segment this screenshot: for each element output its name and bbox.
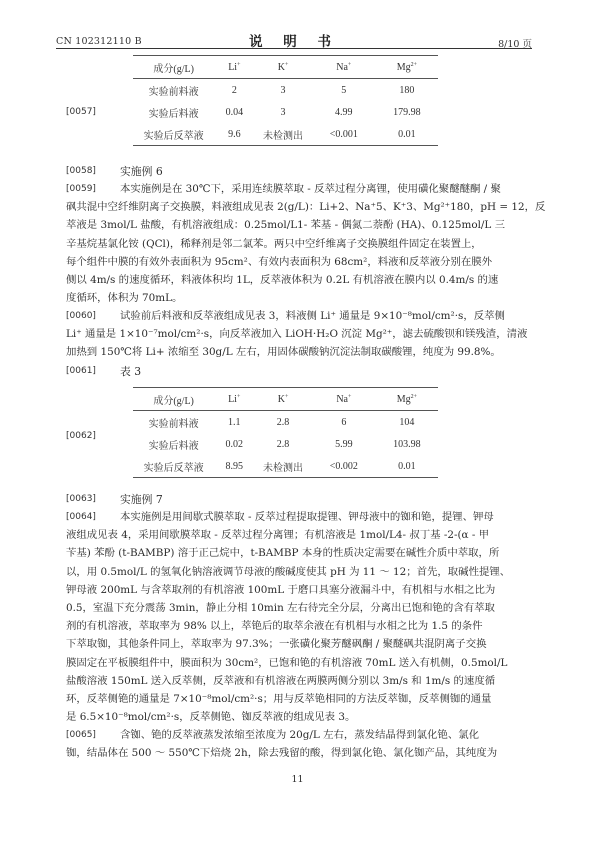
table-cell: 1.1 — [214, 411, 254, 434]
table-cell: 实验前料液 — [133, 411, 214, 434]
table-cell: 0.02 — [214, 433, 254, 455]
table-cell: 179.98 — [376, 101, 438, 123]
table-cell: 3 — [254, 101, 311, 123]
table-row: 实验前料液 2 3 5 180 — [133, 79, 438, 102]
page-number: 11 — [0, 774, 595, 785]
table-cell: 8.95 — [214, 455, 254, 478]
table-cell: 2 — [214, 79, 254, 102]
column-header: Na+ — [312, 56, 376, 79]
table-header-row: 成分(g/L) Li+ K+ Na+ Mg2+ — [133, 56, 438, 79]
table-row: 实验后反萃液 8.95 未检测出 <0.002 0.01 — [133, 455, 438, 478]
table-3-caption: 表 3 — [120, 364, 141, 379]
paragraph-number-0058: [0058] — [66, 166, 96, 176]
column-header: Mg2+ — [376, 388, 438, 411]
document-title: 说 明 书 — [56, 30, 532, 50]
column-header: Li+ — [214, 56, 254, 79]
table-cell: 实验后料液 — [133, 101, 214, 123]
table-cell: 实验前料液 — [133, 79, 214, 102]
table-cell: 6 — [312, 411, 376, 434]
table-cell: 0.01 — [376, 455, 438, 478]
table-cell: <0.001 — [312, 123, 376, 146]
header-rule — [56, 48, 532, 49]
table-cell: 实验后料液 — [133, 433, 214, 455]
table-cell: 9.6 — [214, 123, 254, 146]
paragraph-0059: 本实施例是在 30℃下，采用连续膜萃取 - 反萃过程分离锂，使用磺化聚醚醚酮 /… — [66, 180, 538, 307]
paragraph-number-0063: [0063] — [66, 494, 96, 504]
table-2-continued: 成分(g/L) Li+ K+ Na+ Mg2+ 实验前料液 2 3 5 180 … — [133, 55, 438, 146]
paragraph-0060: 试验前后料液和反萃液组成见表 3，料液侧 Li⁺ 通量是 9×10⁻⁸mol/c… — [66, 307, 538, 362]
column-header: 成分(g/L) — [133, 388, 214, 411]
example-6-heading: 实施例 6 — [120, 164, 163, 179]
table-cell: 5 — [312, 79, 376, 102]
page-header: CN 102312110 B 说 明 书 8/10 页 — [56, 30, 468, 46]
table-row: 实验后料液 0.02 2.8 5.99 103.98 — [133, 433, 438, 455]
table-cell: 180 — [376, 79, 438, 102]
table-cell: 104 — [376, 411, 438, 434]
table-cell: 0.01 — [376, 123, 438, 146]
table-cell: 5.99 — [312, 433, 376, 455]
paragraph-0064: 本实施例是用间歇式膜萃取 - 反萃过程提取提锂、钾母液中的铷和铯，提锂、钾母 液… — [66, 508, 538, 726]
table-cell: 2.8 — [254, 433, 312, 455]
table-row: 实验后反萃液 9.6 未检测出 <0.001 0.01 — [133, 123, 438, 146]
paragraph-0065: 含铷、铯的反萃液蒸发浓缩至浓度为 20g/L 左右，蒸发结晶得到氯化铯、氯化 铷… — [66, 726, 538, 762]
table-cell: 0.04 — [214, 101, 254, 123]
table-cell: 2.8 — [254, 411, 312, 434]
column-header: Mg2+ — [376, 56, 438, 79]
column-header: 成分(g/L) — [133, 56, 214, 79]
table-row: 实验前料液 1.1 2.8 6 104 — [133, 411, 438, 434]
column-header: K+ — [254, 56, 311, 79]
table-cell: 103.98 — [376, 433, 438, 455]
table-cell: 未检测出 — [254, 455, 312, 478]
paragraph-number-0062: [0062] — [66, 431, 96, 441]
table-row: 实验后料液 0.04 3 4.99 179.98 — [133, 101, 438, 123]
example-7-heading: 实施例 7 — [120, 492, 163, 507]
table-cell: <0.002 — [312, 455, 376, 478]
column-header: Li+ — [214, 388, 254, 411]
column-header: Na+ — [312, 388, 376, 411]
paragraph-number-0061: [0061] — [66, 366, 96, 376]
table-header-row: 成分(g/L) Li+ K+ Na+ Mg2+ — [133, 388, 438, 411]
table-cell: 3 — [254, 79, 311, 102]
table-3: 成分(g/L) Li+ K+ Na+ Mg2+ 实验前料液 1.1 2.8 6 … — [133, 387, 438, 478]
table-cell: 实验后反萃液 — [133, 123, 214, 146]
table-cell: 4.99 — [312, 101, 376, 123]
paragraph-number-0057: [0057] — [66, 107, 96, 117]
table-cell: 未检测出 — [254, 123, 311, 146]
table-cell: 实验后反萃液 — [133, 455, 214, 478]
column-header: K+ — [254, 388, 312, 411]
